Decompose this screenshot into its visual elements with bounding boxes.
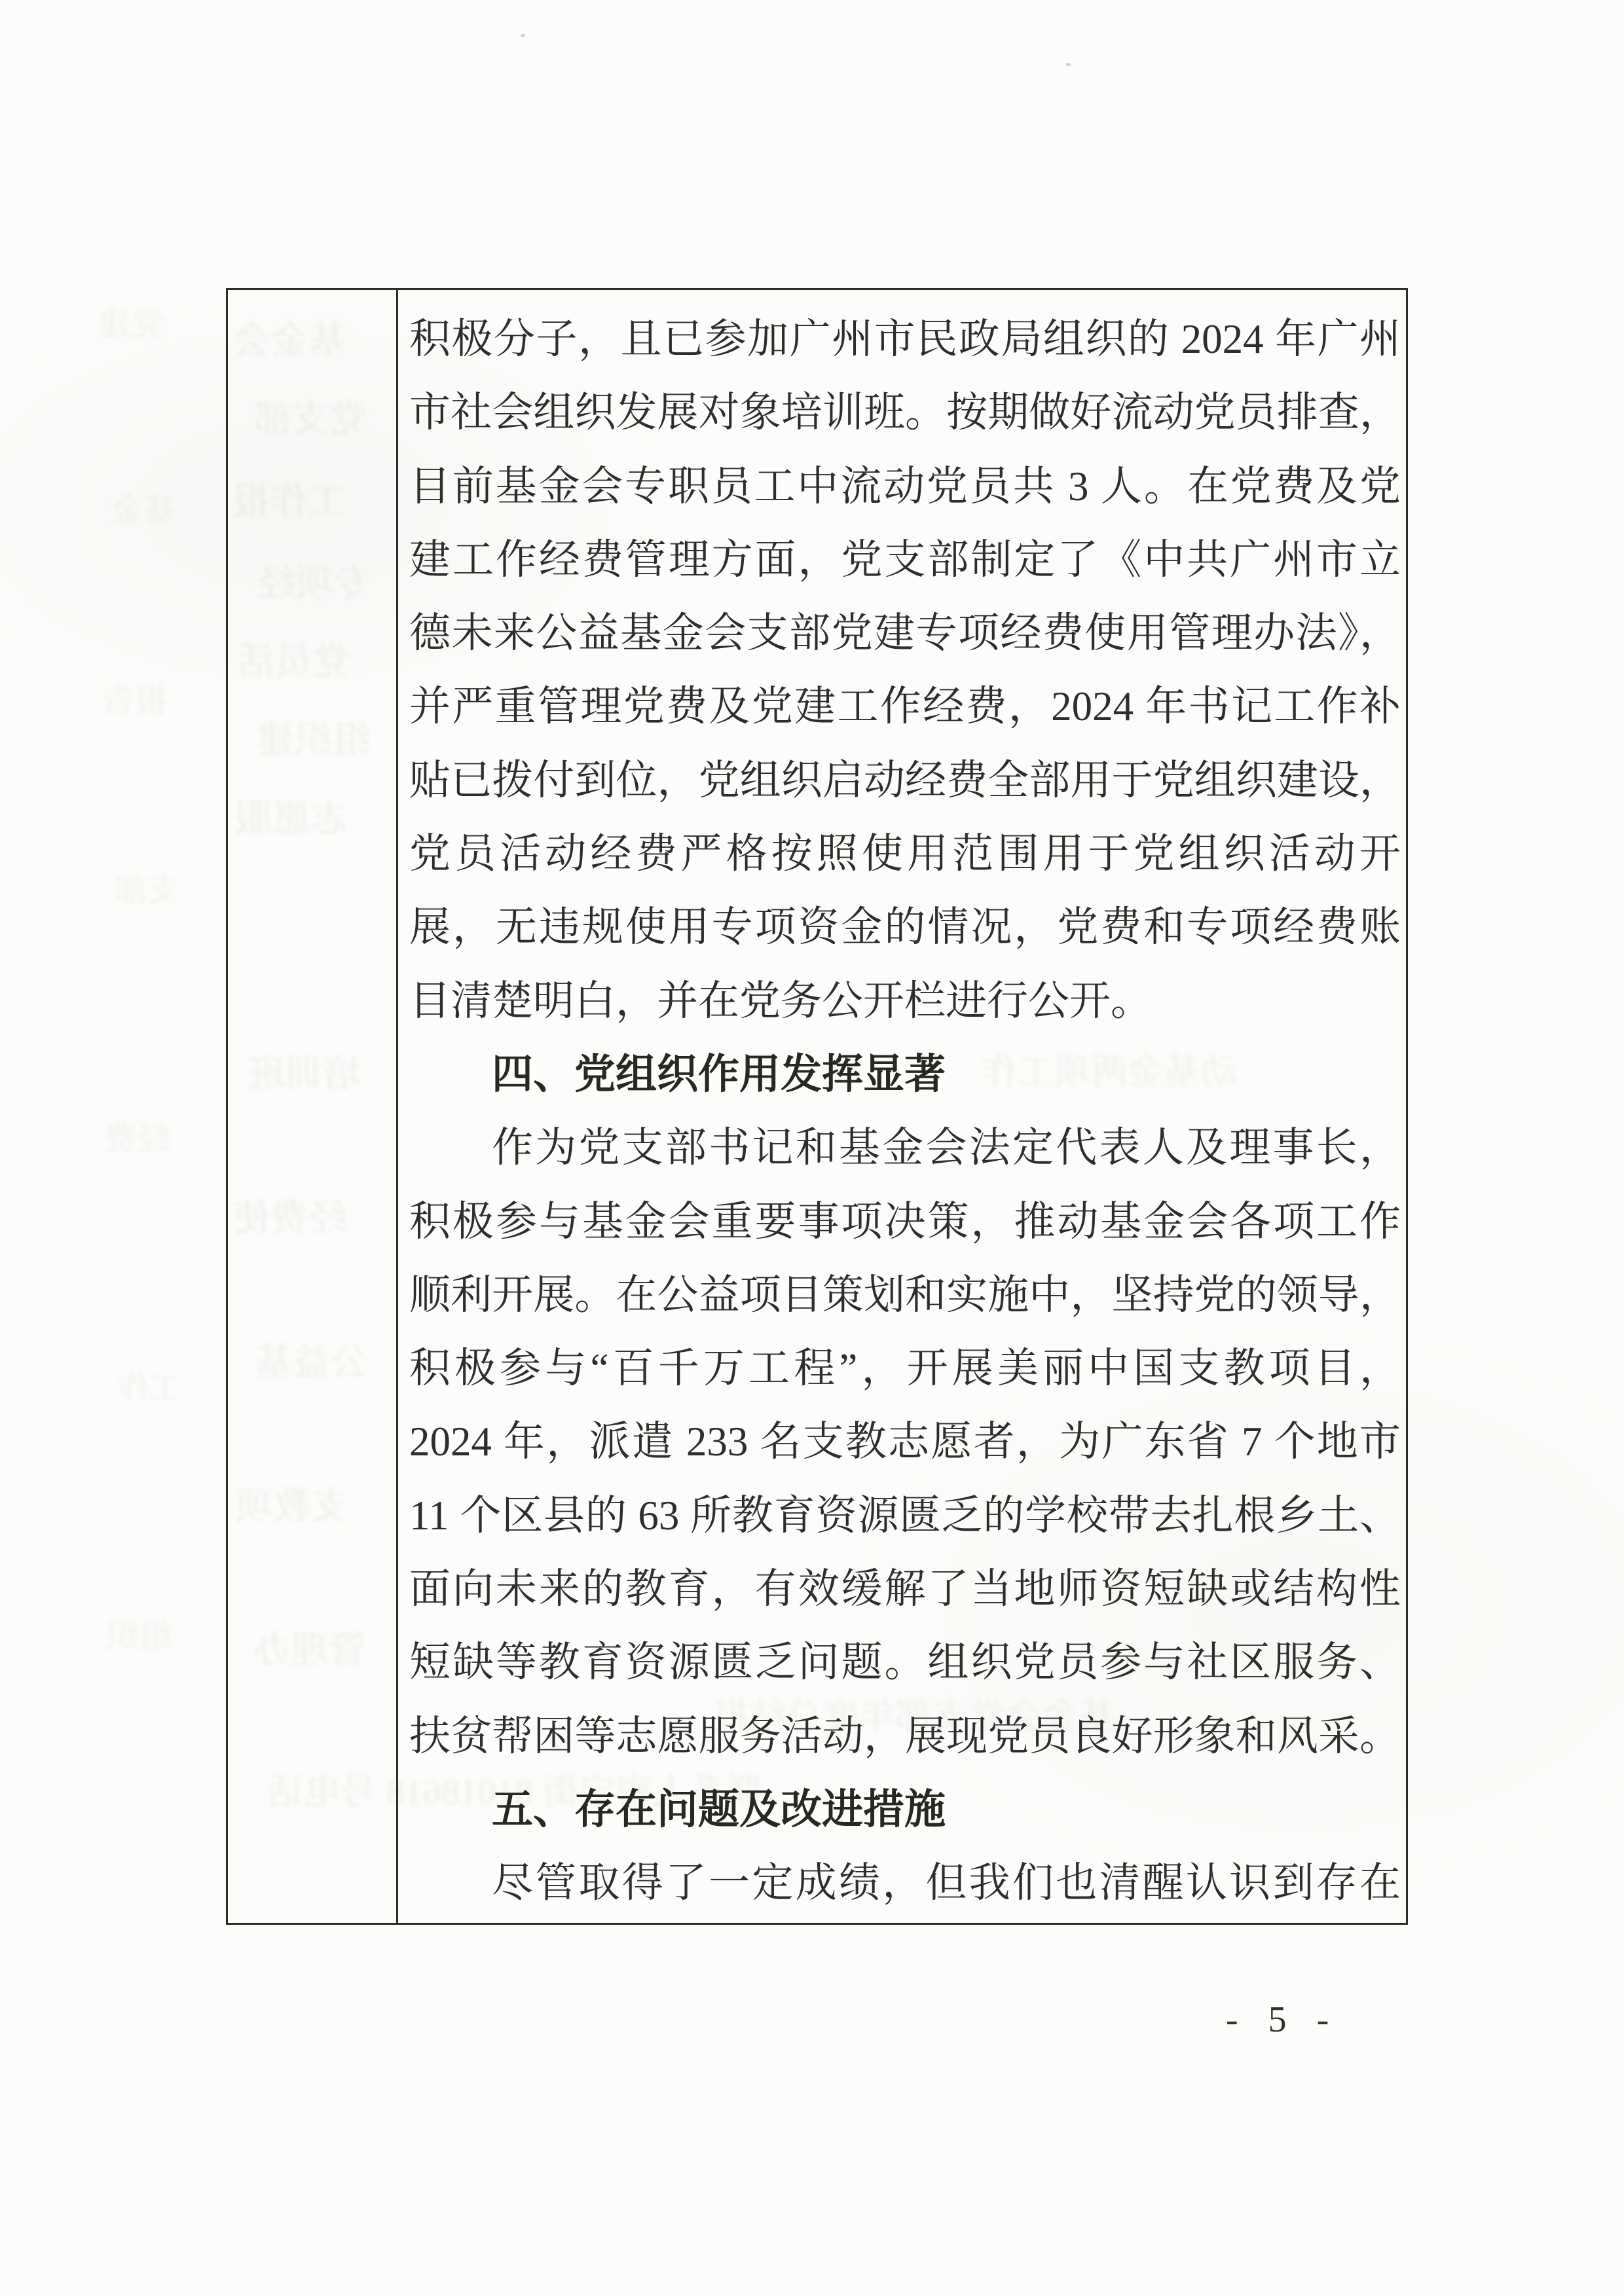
- section-heading: 五、存在问题及改进措施: [409, 1773, 1401, 1846]
- bleedthrough-artifact: 支教项: [236, 1475, 350, 1530]
- document-line: 市社会组织发展对象培训班。按期做好流动党员排查，: [409, 376, 1401, 449]
- document-line: 德未来公益基金会支部党建专项经费使用管理办法》，: [409, 596, 1401, 670]
- scan-speck: [521, 34, 525, 37]
- bleedthrough-artifact: 组织建: [257, 709, 371, 764]
- document-body: 积极分子，且已参加广州市民政局组织的 2024 年广州 市社会组织发展对象培训班…: [409, 302, 1401, 1920]
- document-line: 短缺等教育资源匮乏问题。组织党员参与社区服务、: [409, 1626, 1401, 1699]
- bleedthrough-artifact: 工作: [117, 1362, 182, 1409]
- document-line: 建工作经费管理方面，党支部制定了《中共广州市立: [409, 523, 1401, 596]
- document-line: 并严重管理党费及党建工作经费，2024 年书记工作补: [409, 670, 1401, 743]
- document-line: 扶贫帮困等志愿服务活动，展现党员良好形象和风采。: [409, 1700, 1401, 1773]
- bleedthrough-artifact: 志愿服: [234, 788, 348, 843]
- document-line: 作为党支部书记和基金会法定代表人及理事长，: [409, 1111, 1401, 1184]
- bleedthrough-artifact: 培训班: [248, 1043, 361, 1098]
- bleedthrough-artifact: 经费: [105, 1113, 170, 1160]
- document-line: 党员活动经费严格按照使用范围用于党组织活动开: [409, 817, 1401, 890]
- bleedthrough-artifact: 专项经: [258, 552, 372, 607]
- document-line: 积极参与基金会重要事项决策，推动基金会各项工作: [409, 1185, 1401, 1258]
- bleedthrough-artifact: 管理办: [253, 1619, 367, 1674]
- bleedthrough-artifact: 党员活: [237, 630, 351, 685]
- page-number: - 5 -: [1226, 1999, 1339, 2041]
- document-line: 11 个区县的 63 所教育资源匮乏的学校带去扎根乡土、: [409, 1479, 1401, 1552]
- scanned-page: 党建 基金 报告 支部 经费 工作 组织 基金会 党支部 工作报 专项经 党员活…: [0, 0, 1624, 2296]
- bleedthrough-artifact: 基金: [111, 484, 177, 532]
- document-line: 顺利开展。在公益项目策划和实施中，坚持党的领导，: [409, 1258, 1401, 1332]
- document-line: 目清楚明白，并在党务公开栏进行公开。: [409, 964, 1401, 1038]
- bleedthrough-artifact: 党建: [98, 298, 164, 345]
- bleedthrough-artifact: 党支部: [254, 388, 368, 443]
- form-table: 基金会 党支部 工作报 专项经 党员活 组织建 志愿服 培训班 经费使 公益基 …: [226, 288, 1408, 1925]
- bleedthrough-artifact: 组织: [106, 1611, 172, 1658]
- document-line: 展，无违规使用专项资金的情况，党费和专项经费账: [409, 890, 1401, 964]
- bleedthrough-artifact: 报告: [101, 674, 167, 721]
- bleedthrough-artifact: 基金会: [233, 310, 347, 365]
- document-line: 贴已拨付到位，党组织启动经费全部用于党组织建设，: [409, 744, 1401, 817]
- form-stub-column: 基金会 党支部 工作报 专项经 党员活 组织建 志愿服 培训班 经费使 公益基 …: [228, 290, 398, 1923]
- section-heading: 四、党组织作用发挥显著: [409, 1038, 1401, 1111]
- bleedthrough-artifact: 支部: [115, 864, 180, 911]
- bleedthrough-artifact: 经费使: [233, 1187, 347, 1242]
- bleedthrough-artifact: 工作报: [232, 470, 346, 525]
- document-line: 目前基金会专职员工中流动党员共 3 人。在党费及党: [409, 450, 1401, 523]
- bleedthrough-artifact: 公益基: [255, 1331, 369, 1386]
- document-line: 2024 年，派遣 233 名支教志愿者，为广东省 7 个地市: [409, 1405, 1401, 1478]
- scan-speck: [1066, 63, 1071, 66]
- document-line: 尽管取得了一定成绩，但我们也清醒认识到存在: [409, 1846, 1401, 1920]
- document-line: 积极分子，且已参加广州市民政局组织的 2024 年广州: [409, 302, 1401, 376]
- document-line: 面向未来的教育，有效缓解了当地师资短缺或结构性: [409, 1552, 1401, 1626]
- document-line: 积极参与“百千万工程”，开展美丽中国支教项目，: [409, 1332, 1401, 1405]
